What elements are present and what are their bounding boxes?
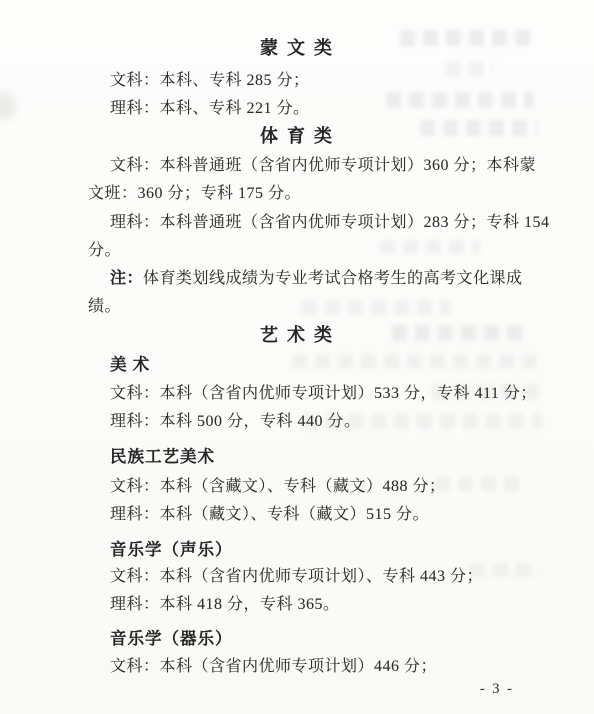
- bleedthrough-smudge: [302, 300, 450, 315]
- mongolian-wenke-line: 文科：本科、专科 285 分；: [110, 67, 310, 90]
- section-title-arts: 艺 术 类: [0, 321, 594, 347]
- note-text: 体育类划线成绩为专业考试合格考生的高考文化课成: [143, 270, 523, 287]
- page-number: - 3 -: [480, 681, 514, 698]
- subsection-title-fine-arts: 美 术: [110, 351, 150, 375]
- scanned-document-page: 蒙 文 类 文科：本科、专科 285 分； 理科：本科、专科 221 分。 体 …: [0, 0, 594, 714]
- section-title-mongolian: 蒙 文 类: [0, 34, 594, 60]
- sports-note-line-2: 绩。: [88, 293, 121, 316]
- music-vocal-like-line: 理科：本科 418 分，专科 365。: [110, 591, 340, 614]
- ethnic-craft-like-line: 理科：本科（藏文）、专科（藏文）515 分。: [110, 501, 429, 524]
- bleedthrough-smudge: [380, 240, 480, 254]
- sports-wenke-line-2: 文班：360 分；专科 175 分。: [88, 180, 301, 203]
- section-title-sports: 体 育 类: [0, 122, 594, 148]
- music-vocal-wenke-line: 文科：本科（含省内优师专项计划）、专科 443 分；: [110, 563, 483, 586]
- fine-arts-like-line: 理科：本科 500 分，专科 440 分。: [110, 408, 361, 431]
- music-instrumental-wenke-line: 文科：本科（含省内优师专项计划）446 分；: [110, 653, 437, 676]
- sports-like-line-1: 理科：本科普通班（含省内优师专项计划）283 分；专科 154: [110, 209, 550, 232]
- bleedthrough-smudge: [435, 477, 520, 491]
- note-label: 注：: [110, 270, 143, 287]
- sports-note-line-1: 注：体育类划线成绩为专业考试合格考生的高考文化课成: [110, 265, 523, 288]
- bleedthrough-smudge: [446, 62, 494, 77]
- sports-like-line-2: 分。: [88, 237, 121, 260]
- bleedthrough-smudge: [292, 354, 542, 369]
- ethnic-craft-wenke-line: 文科：本科（含藏文）、专科（藏文）488 分；: [110, 473, 446, 496]
- subsection-title-ethnic-craft-arts: 民族工艺美术: [110, 443, 215, 467]
- mongolian-like-line: 理科：本科、专科 221 分。: [110, 95, 310, 118]
- subsection-title-music-vocal: 音乐学（声乐）: [110, 536, 233, 560]
- scan-blotch: [0, 92, 16, 120]
- bleedthrough-smudge: [386, 92, 534, 108]
- subsection-title-music-instrumental: 音乐学（器乐）: [110, 625, 233, 649]
- sports-wenke-line-1: 文科：本科普通班（含省内优师专项计划）360 分；本科蒙: [110, 152, 536, 175]
- fine-arts-wenke-line: 文科：本科（含省内优师专项计划）533 分，专科 411 分；: [110, 380, 537, 403]
